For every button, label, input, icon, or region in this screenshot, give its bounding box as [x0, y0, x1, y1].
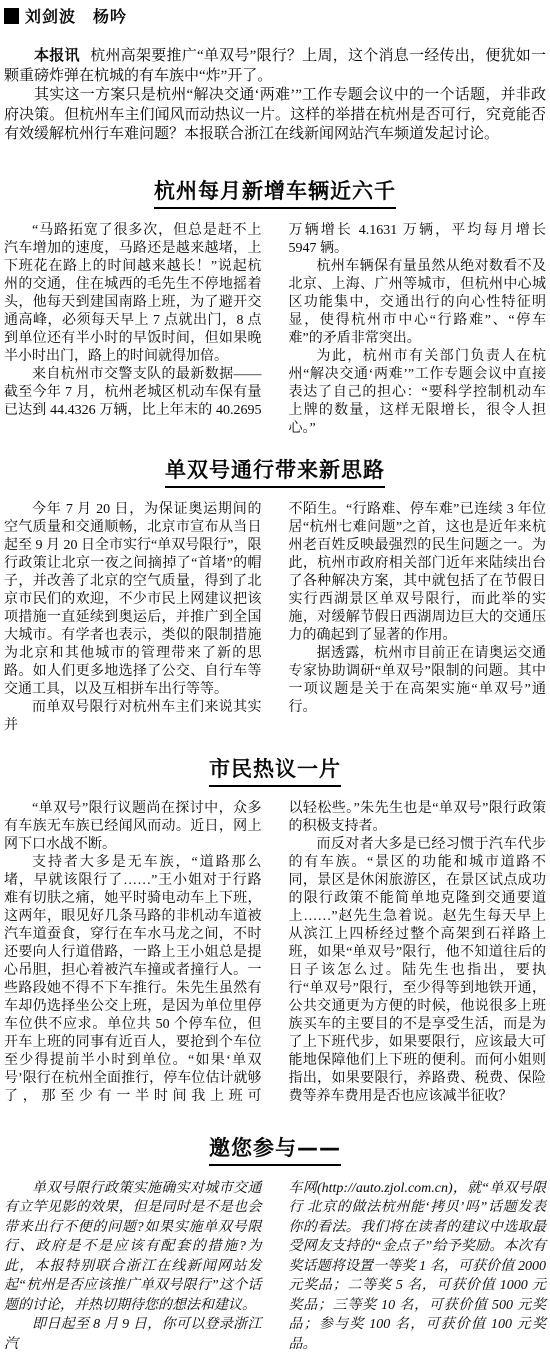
section-body-new-idea: 今年 7 月 20 日，为保证奥运期间的空气质量和交通顺畅，北京市宣布从当日起至…	[4, 501, 546, 735]
section-heading-public-debate: 市民热议一片	[4, 753, 546, 787]
section-heading-new-idea: 单双号通行带来新思路	[4, 454, 546, 488]
section-body-new-cars: “马路拓宽了很多次，但总是赶不上汽车增加的速度，马路还是越来越堵，上下班花在路上…	[4, 222, 546, 438]
paragraph: 杭州车辆保有量虽然从绝对数看不及北京、上海、广州等城市，但杭州中心城区功能集中，…	[289, 258, 547, 348]
section-body-invitation: 单双号限行政策实施确实对城市交通有立竿见影的效果，但是同时是不是也会带来出行不便…	[4, 1179, 546, 1355]
paragraph: 支持者大多是无车族，“道路那么堵，早就该限行了……”王小姐对于行路难有切肤之痛，…	[4, 854, 262, 1106]
byline-square-icon	[4, 8, 19, 24]
section-heading-new-cars: 杭州每月新增车辆近六千	[4, 175, 546, 209]
column-left: 今年 7 月 20 日，为保证奥运期间的空气质量和交通顺畅，北京市宣布从当日起至…	[4, 501, 262, 735]
paragraph: 以轻松些。”朱先生也是“单双号”限行政策的积极支持者。	[289, 800, 547, 836]
section-heading-invitation: 邀您参与——	[4, 1132, 546, 1166]
section-body-public-debate: “单双号”限行议题尚在探讨中，众多有车族无车族已经闻风而动。近日，网上网下口水战…	[4, 800, 546, 1106]
paragraph: “单双号”限行议题尚在探讨中，众多有车族无车族已经闻风而动。近日，网上网下口水战…	[4, 800, 262, 854]
lead-intro-text: 杭州高架要推广“单双号”限行？上周，这个消息一经传出，便犹如一颗重磅炸弹在杭城的…	[4, 48, 546, 84]
column-left: 单双号限行政策实施确实对城市交通有立竿见影的效果，但是同时是不是也会带来出行不便…	[4, 1179, 262, 1355]
column-left: “马路拓宽了很多次，但总是赶不上汽车增加的速度，马路还是越来越堵，上下班花在路上…	[4, 222, 262, 438]
paragraph: 而单双号限行对杭州车主们来说其实并	[4, 699, 262, 735]
paragraph: 今年 7 月 20 日，为保证奥运期间的空气质量和交通顺畅，北京市宣布从当日起至…	[4, 501, 262, 699]
byline-authors: 刘剑波 杨吟	[25, 4, 127, 27]
paragraph: 为此，杭州市有关部门负责人在杭州“解决交通‘两难’”工作专题会议中直接表达了自己…	[289, 348, 547, 438]
column-right: 万辆增长 4.1631 万辆，平均每月增长 5947 辆。 杭州车辆保有量虽然从…	[289, 222, 547, 438]
paragraph: 不陌生。“行路难、停车难”已连续 3 年位居“杭州七难问题”之首，这也是近年来杭…	[289, 501, 547, 645]
lead-paragraph-1: 本报讯杭州高架要推广“单双号”限行？上周，这个消息一经传出，便犹如一颗重磅炸弹在…	[4, 46, 546, 86]
paragraph: 而反对者大多是已经习惯于汽车代步的有车族。“景区的功能和城市道路不同，景区是休闲…	[289, 836, 547, 1106]
paragraph: 来自杭州市交警支队的最新数据——截至今年 7 月，杭州老城区机动车保有量已达到 …	[4, 366, 262, 420]
byline: 刘剑波 杨吟	[4, 4, 546, 27]
paragraph: 据透露，杭州市目前正在请奥运交通专家协助调研“单双号”限制的问题。其中一项议题是…	[289, 645, 547, 717]
column-right: 以轻松些。”朱先生也是“单双号”限行政策的积极支持者。 而反对者大多是已经习惯于…	[289, 800, 547, 1106]
newspaper-page: { "byline": { "authors": "刘剑波 杨吟" }, "le…	[0, 0, 550, 1360]
paragraph: “马路拓宽了很多次，但总是赶不上汽车增加的速度，马路还是越来越堵，上下班花在路上…	[4, 222, 262, 366]
column-left: “单双号”限行议题尚在探讨中，众多有车族无车族已经闻风而动。近日，网上网下口水战…	[4, 800, 262, 1106]
paragraph: 单双号限行政策实施确实对城市交通有立竿见影的效果，但是同时是不是也会带来出行不便…	[4, 1179, 262, 1316]
paragraph: 车网(http://auto.zjol.com.cn)，就“单双号限行 北京的做…	[289, 1179, 547, 1355]
paragraph: 即日起至 8 月 9 日，你可以登录浙江汽	[4, 1315, 262, 1354]
lead-block: 本报讯杭州高架要推广“单双号”限行？上周，这个消息一经传出，便犹如一颗重磅炸弹在…	[4, 46, 546, 145]
column-right: 车网(http://auto.zjol.com.cn)，就“单双号限行 北京的做…	[289, 1179, 547, 1355]
lead-paragraph-2: 其实这一方案只是杭州“解决交通‘两难’”工作专题会议中的一个话题，并非政府决策。…	[4, 86, 546, 145]
paragraph: 万辆增长 4.1631 万辆，平均每月增长 5947 辆。	[289, 222, 547, 258]
news-tag: 本报讯	[34, 46, 80, 64]
column-right: 不陌生。“行路难、停车难”已连续 3 年位居“杭州七难问题”之首，这也是近年来杭…	[289, 501, 547, 735]
